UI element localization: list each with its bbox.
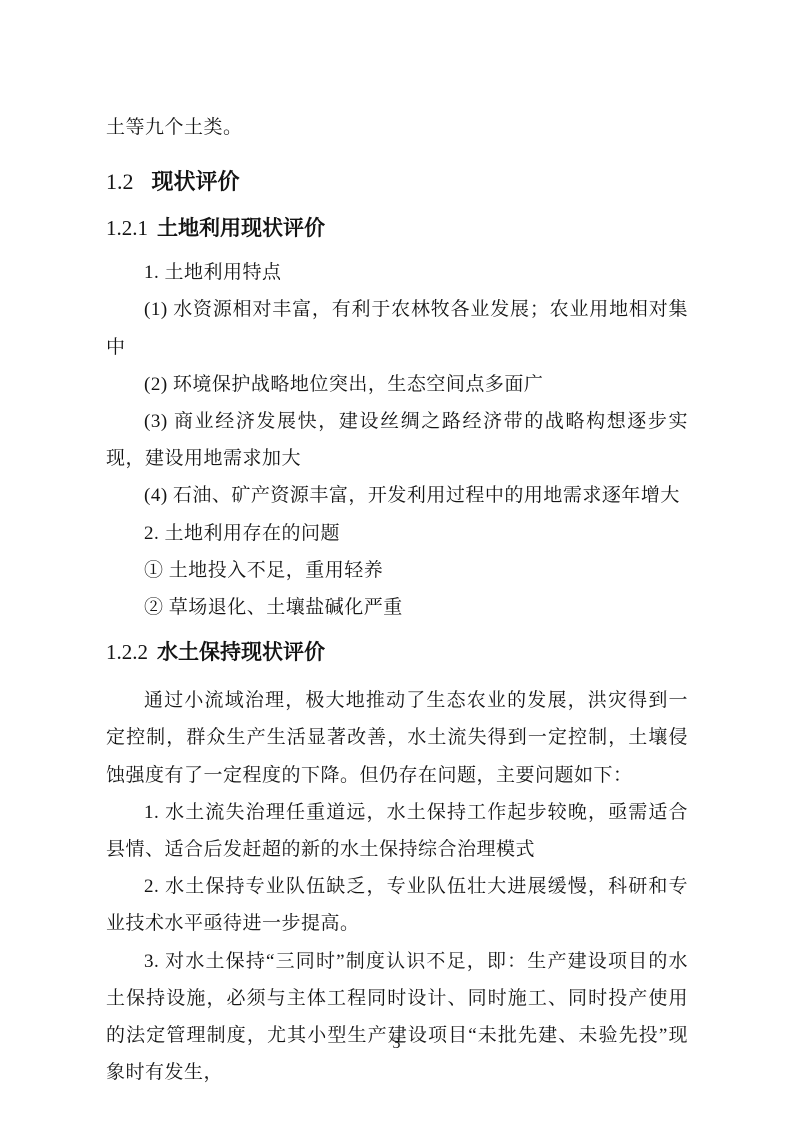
document-page: 土等九个土类。 1.2现状评价 1.2.1土地利用现状评价 1. 土地利用特点 …: [0, 0, 793, 1122]
body-paragraph: 1. 水土流失治理任重道远，水土保持工作起步较晚，亟需适合县情、适合后发赶超的新…: [106, 794, 688, 868]
body-paragraph: 1. 土地利用特点: [106, 254, 688, 291]
page-footer: 3: [0, 1034, 793, 1054]
subsection-soil-water-conservation: 1.2.2水土保持现状评价 通过小流域治理，极大地推动了生态农业的发展，洪灾得到…: [106, 637, 688, 1091]
subsection-heading: 1.2.1土地利用现状评价: [106, 213, 688, 244]
section-number: 1.2: [106, 169, 134, 194]
subsection-body: 通过小流域治理，极大地推动了生态农业的发展，洪灾得到一定控制，群众生产生活显著改…: [106, 682, 688, 1091]
subsection-title: 土地利用现状评价: [157, 217, 325, 240]
body-paragraph: 2. 土地利用存在的问题: [106, 515, 688, 552]
subsection-title: 水土保持现状评价: [157, 641, 325, 664]
body-paragraph: ② 草场退化、土壤盐碱化严重: [106, 589, 688, 626]
intro-paragraph: 土等九个土类。: [106, 109, 688, 146]
body-paragraph: 3. 对水土保持“三同时”制度认识不足，即：生产建设项目的水土保持设施，必须与主…: [106, 943, 688, 1092]
page-number: 3: [393, 1035, 401, 1052]
subsection-heading: 1.2.2水土保持现状评价: [106, 637, 688, 668]
body-paragraph: 通过小流域治理，极大地推动了生态农业的发展，洪灾得到一定控制，群众生产生活显著改…: [106, 682, 688, 794]
body-paragraph: ① 土地投入不足，重用轻养: [106, 552, 688, 589]
section-heading: 1.2现状评价: [106, 167, 688, 197]
body-paragraph: 2. 水土保持专业队伍缺乏，专业队伍壮大进展缓慢，科研和专业技术水平亟待进一步提…: [106, 868, 688, 942]
body-paragraph: (3) 商业经济发展快，建设丝绸之路经济带的战略构想逐步实现，建设用地需求加大: [106, 403, 688, 477]
subsection-number: 1.2.1: [106, 216, 148, 240]
body-paragraph: (2) 环境保护战略地位突出，生态空间点多面广: [106, 366, 688, 403]
body-paragraph: (4) 石油、矿产资源丰富，开发利用过程中的用地需求逐年增大: [106, 477, 688, 514]
subsection-land-use: 1.2.1土地利用现状评价 1. 土地利用特点 (1) 水资源相对丰富，有利于农…: [106, 213, 688, 626]
section-title: 现状评价: [152, 169, 240, 194]
subsection-number: 1.2.2: [106, 640, 148, 664]
subsection-body: 1. 土地利用特点 (1) 水资源相对丰富，有利于农林牧各业发展；农业用地相对集…: [106, 254, 688, 626]
body-paragraph: (1) 水资源相对丰富，有利于农林牧各业发展；农业用地相对集中: [106, 291, 688, 365]
